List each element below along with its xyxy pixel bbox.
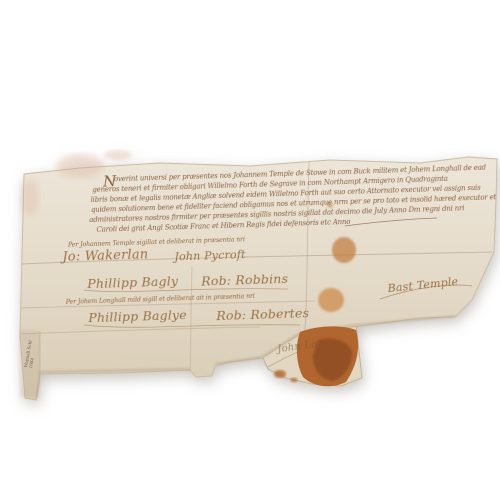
stain-mid-right <box>332 237 356 263</box>
parchment-sheet <box>20 157 497 400</box>
stain-pink-leftedge <box>21 180 39 216</box>
seal-fleck-left <box>274 370 286 378</box>
stain-lower-right <box>318 288 344 312</box>
stain-dot-text <box>327 202 333 208</box>
parchment-artwork <box>0 0 500 500</box>
stain-pink-topedge <box>104 150 132 160</box>
seal-fleck-small <box>291 378 298 383</box>
stain-pink-topleft <box>56 154 104 178</box>
photograph-of-vellum-deed: N overint universi per præsentes nos Joh… <box>0 0 500 500</box>
